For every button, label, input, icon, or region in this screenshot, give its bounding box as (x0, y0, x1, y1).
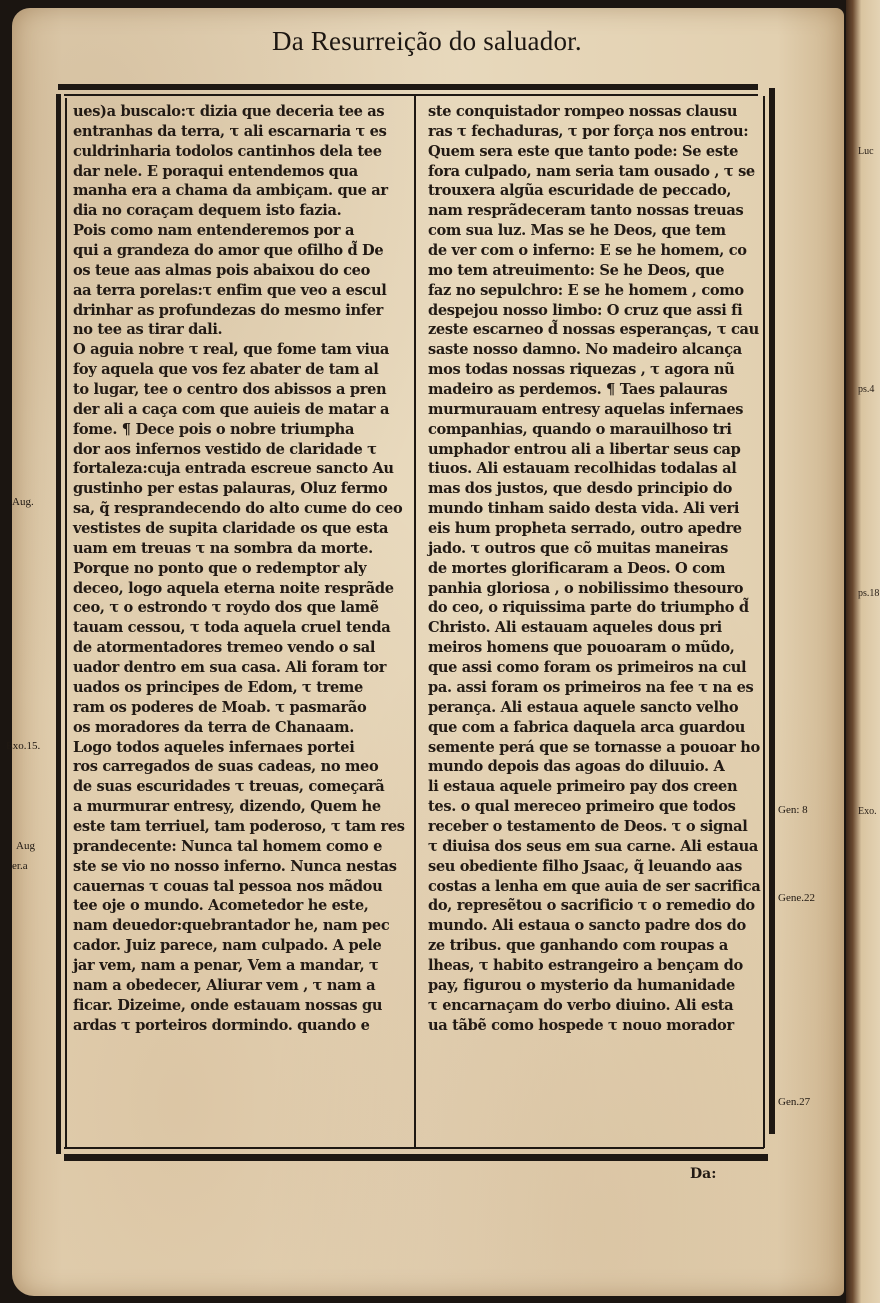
text-line: do ceo, o riquissima parte do triumpho d… (428, 598, 760, 618)
text-line: to lugar, tee o centro dos abissos a pre… (73, 380, 409, 400)
text-line: li estaua aquele primeiro pay dos creen (428, 777, 760, 797)
text-line: de atormentadores tremeo vendo o sal (73, 638, 409, 658)
text-line: tauam cessou, τ toda aquela cruel tenda (73, 618, 409, 638)
text-line: de suas escuridades τ treuas, começarã (73, 777, 409, 797)
text-line: ardas τ porteiros dormindo. quando e (73, 1016, 409, 1036)
text-line: ste se vio no nosso inferno. Nunca nesta… (73, 857, 409, 877)
text-line: umphador entrou ali a libertar seus cap (428, 440, 760, 460)
text-line: zeste escarneo d̃ nossas esperanças, τ c… (428, 320, 760, 340)
text-line: seu obediente filho Jsaac, q̃ leuando aa… (428, 857, 760, 877)
bottom-rule (64, 1154, 768, 1161)
text-line: os teue aas almas pois abaixou do ceo (73, 261, 409, 281)
text-line: este tam terriuel, tam poderoso, τ tam r… (73, 817, 409, 837)
margin-note: Luc (858, 146, 874, 157)
top-rule-thin (64, 94, 758, 96)
text-line: tiuos. Ali estauam recolhidas todalas al (428, 459, 760, 479)
text-line: de ver com o inferno: E se he homem, co (428, 241, 760, 261)
margin-note: Gen: 8 (778, 804, 808, 816)
left-frame-rule-inner (65, 98, 67, 1148)
text-line: ste conquistador rompeo nossas clausu (428, 102, 760, 122)
text-line: panhia gloriosa , o nobilissimo thesouro (428, 579, 760, 599)
text-line: fora culpado, nam seria tam ousado , τ s… (428, 162, 760, 182)
text-line: manha era a chama da ambiçam. que ar (73, 181, 409, 201)
text-line: madeiro as perdemos. ¶ Taes palauras (428, 380, 760, 400)
margin-note: Aug (16, 840, 35, 852)
text-line: aa terra porelas:τ enfim que veo a escul (73, 281, 409, 301)
text-line: pay, figurou o mysterio da humanidade (428, 976, 760, 996)
text-line: perança. Ali estaua aquele sancto velho (428, 698, 760, 718)
text-line: ros carregados de suas cadeas, no meo (73, 757, 409, 777)
right-frame-rule-inner (763, 96, 765, 1148)
text-line: O aguia nobre τ real, que fome tam viua (73, 340, 409, 360)
text-line: ua tãbẽ como hospede τ nouo morador (428, 1016, 760, 1036)
text-line: a murmurar entresy, dizendo, Quem he (73, 797, 409, 817)
text-line: dor aos infernos vestido de claridade τ (73, 440, 409, 460)
text-line: do, represẽtou o sacrificio τ o remedio … (428, 896, 760, 916)
text-line: ficar. Dizeime, onde estauam nossas gu (73, 996, 409, 1016)
text-line: ras τ fechaduras, τ por força nos entrou… (428, 122, 760, 142)
text-line: gustinho per estas palauras, Oluz fermo (73, 479, 409, 499)
text-line: sa, q̃ resprandecendo do alto cume do ce… (73, 499, 409, 519)
text-line: mundo depois das agoas do diluuio. A (428, 757, 760, 777)
text-line: uador dentro em sua casa. Ali foram tor (73, 658, 409, 678)
text-line: τ diuisa dos seus em sua carne. Ali esta… (428, 837, 760, 857)
text-line: no tee as tirar dali. (73, 320, 409, 340)
text-line: com sua luz. Mas se he Deos, que tem (428, 221, 760, 241)
text-line: prandecente: Nunca tal homem como e (73, 837, 409, 857)
text-line: saste nosso damno. No madeiro alcança (428, 340, 760, 360)
text-column-right: ste conquistador rompeo nossas clausuras… (428, 102, 760, 1035)
text-line: Logo todos aqueles infernaes portei (73, 738, 409, 758)
text-line: entranhas da terra, τ ali escarnaria τ e… (73, 122, 409, 142)
text-line: tes. o qual mereceo primeiro que todos (428, 797, 760, 817)
margin-note: Gene.22 (778, 892, 815, 904)
text-line: fortaleza:cuja entrada escreue sancto Au (73, 459, 409, 479)
text-line: os moradores da terra de Chanaam. (73, 718, 409, 738)
text-line: mundo tinham saido desta vida. Ali veri (428, 499, 760, 519)
text-line: que com a fabrica daquela arca guardou (428, 718, 760, 738)
bottom-rule-thin (64, 1147, 764, 1149)
text-line: de mortes glorificaram a Deos. O com (428, 559, 760, 579)
text-line: dia no coraçam dequem isto fazia. (73, 201, 409, 221)
margin-note: ps.18 (858, 588, 879, 599)
text-line: ues)a buscalo:τ dizia que deceria tee as (73, 102, 409, 122)
text-line: semente perá que se tornasse a pouoar ho (428, 738, 760, 758)
text-line: fome. ¶ Dece pois o nobre triumpha (73, 420, 409, 440)
text-line: τ encarnaçam do verbo diuino. Ali esta (428, 996, 760, 1016)
text-line: Porque no ponto que o redemptor aly (73, 559, 409, 579)
column-divider (414, 96, 416, 1148)
text-line: foy aquela que vos fez abater de tam al (73, 360, 409, 380)
margin-note: ps.4 (858, 384, 874, 395)
catchword: Da: (690, 1166, 716, 1182)
text-line: culdrinharia todolos cantinhos dela tee (73, 142, 409, 162)
text-line: Quem sera este que tanto pode: Se este (428, 142, 760, 162)
text-line: mos todas nossas riquezas , τ agora nũ (428, 360, 760, 380)
text-line: mo tem atreuimento: Se he Deos, que (428, 261, 760, 281)
text-line: nam deuedor:quebrantador he, nam pec (73, 916, 409, 936)
text-line: drinhar as profundezas do mesmo infer (73, 301, 409, 321)
text-line: der ali a caça com que auieis de matar a (73, 400, 409, 420)
left-frame-rule (56, 94, 61, 1154)
margin-note: Exo. (858, 806, 877, 817)
text-line: deceo, logo aquela eterna noite resprãde (73, 579, 409, 599)
text-line: cauernas τ couas tal pessoa nos mãdou (73, 877, 409, 897)
text-line: tee oje o mundo. Acometedor he este, (73, 896, 409, 916)
text-line: ram os poderes de Moab. τ pasmarão (73, 698, 409, 718)
text-line: ceo, τ o estrondo τ roydo dos que lamẽ (73, 598, 409, 618)
right-frame-rule (769, 88, 775, 1134)
text-line: murmurauam entresy aquelas infernaes (428, 400, 760, 420)
text-line: que assi como foram os primeiros na cul (428, 658, 760, 678)
text-line: trouxera algũa escuridade de peccado, (428, 181, 760, 201)
text-line: pa. assi foram os primeiros na fee τ na … (428, 678, 760, 698)
text-line: nam a obedecer, Aliurar vem , τ nam a (73, 976, 409, 996)
top-rule (58, 84, 758, 90)
text-line: jado. τ outros que cõ muitas maneiras (428, 539, 760, 559)
text-line: Christo. Ali estauam aqueles dous pri (428, 618, 760, 638)
text-line: eis hum propheta serrado, outro apedre (428, 519, 760, 539)
text-line: despejou nosso limbo: O cruz que assi fi (428, 301, 760, 321)
text-line: uados os principes de Edom, τ treme (73, 678, 409, 698)
margin-note: Exo.15. (6, 740, 40, 752)
text-line: nam resprãdeceram tanto nossas treuas (428, 201, 760, 221)
text-column-left: ues)a buscalo:τ dizia que deceria tee as… (73, 102, 409, 1035)
margin-note: er.a (12, 860, 28, 872)
text-line: companhias, quando o marauilhoso tri (428, 420, 760, 440)
text-line: mas dos justos, que desdo principio do (428, 479, 760, 499)
text-line: uam em treuas τ na sombra da morte. (73, 539, 409, 559)
text-line: cador. Juiz parece, nam culpado. A pele (73, 936, 409, 956)
text-line: jar vem, nam a penar, Vem a mandar, τ (73, 956, 409, 976)
text-line: qui a grandeza do amor que ofilho d̃ De (73, 241, 409, 261)
text-line: faz no sepulchro: E se he homem , como (428, 281, 760, 301)
margin-note: Aug. (12, 496, 34, 508)
text-line: meiros homens que pouoaram o mũdo, (428, 638, 760, 658)
text-line: mundo. Ali estaua o sancto padre dos do (428, 916, 760, 936)
text-line: ze tribus. que ganhando com roupas a (428, 936, 760, 956)
running-head: Da Resurreição do saluador. (272, 26, 582, 57)
text-line: vestistes de supita claridade os que est… (73, 519, 409, 539)
text-line: dar nele. E poraqui entendemos qua (73, 162, 409, 182)
text-line: lheas, τ habito estrangeiro a bençam do (428, 956, 760, 976)
text-line: Pois como nam entenderemos por a (73, 221, 409, 241)
margin-note: Gen.27 (778, 1096, 810, 1108)
text-line: costas a lenha em que auia de ser sacrif… (428, 877, 756, 897)
text-line: receber o testamento de Deos. τ o signal (428, 817, 760, 837)
facing-page-edge: Luc ps.4 ps.18 Exo. (846, 0, 880, 1303)
